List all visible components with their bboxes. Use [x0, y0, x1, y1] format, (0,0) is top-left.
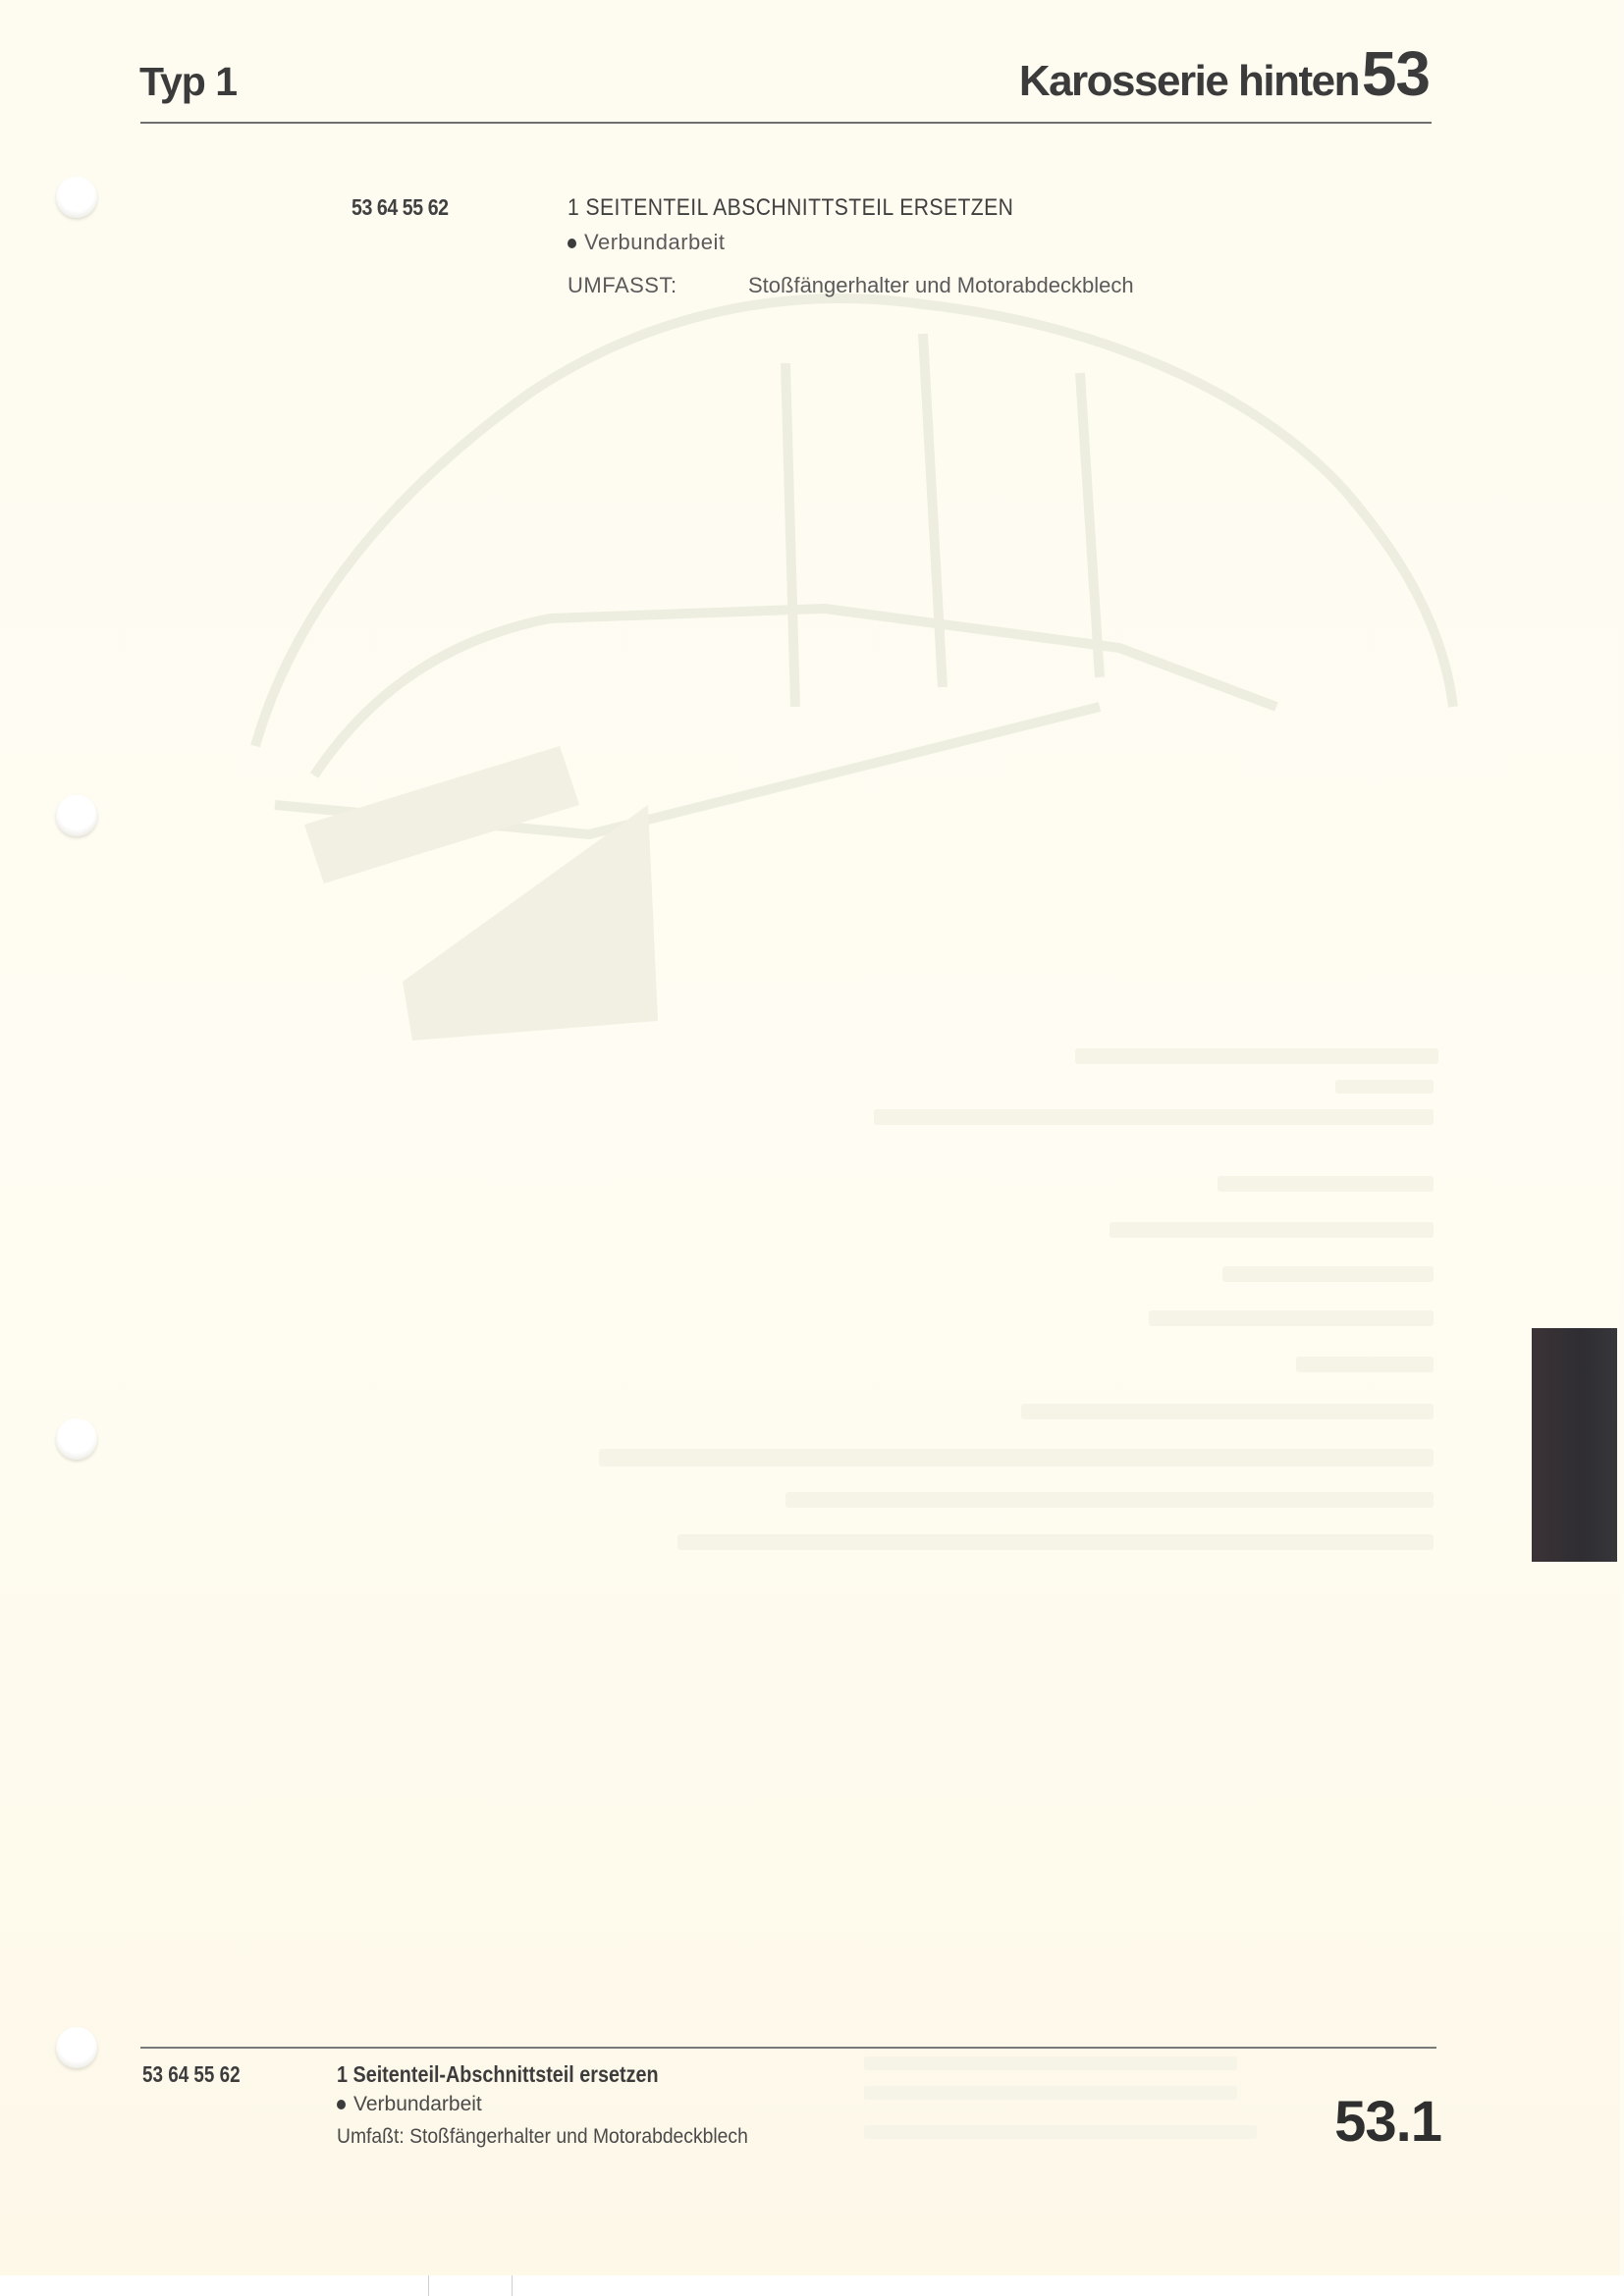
- bleed-through-text: [1110, 1222, 1434, 1238]
- footer-includes: Umfaßt: Stoßfängerhalter und Motorabdeck…: [337, 2125, 748, 2149]
- edge-mark: [428, 2275, 429, 2296]
- operation-note: Verbundarbeit: [568, 230, 726, 255]
- model-title: Typ 1: [139, 59, 237, 105]
- bleed-through-text: [1335, 1080, 1434, 1094]
- bullet-icon: [568, 239, 576, 248]
- bleed-through-text: [785, 1492, 1434, 1508]
- section-number: 53: [1362, 37, 1430, 110]
- page-bottom-margin: [0, 2275, 1624, 2296]
- operation-code: 53 64 55 62: [352, 194, 449, 221]
- punch-hole: [56, 177, 97, 218]
- bleed-through-text: [1149, 1310, 1434, 1326]
- includes-text: Stoßfängerhalter und Motorabdeckblech: [748, 273, 1134, 298]
- bleed-through-text: [1218, 1176, 1434, 1192]
- footer-operation-code: 53 64 55 62: [142, 2061, 241, 2088]
- footer-operation-note: Verbundarbeit: [337, 2093, 482, 2116]
- bleed-through-text: [677, 1534, 1434, 1550]
- footer-operation-title: 1 Seitenteil-Abschnittsteil ersetzen: [337, 2061, 659, 2088]
- bleed-through-text: [1075, 1048, 1438, 1064]
- footer: 53 64 55 62 1 Seitenteil-Abschnittsteil …: [140, 2061, 1436, 2169]
- operation-note-text: Verbundarbeit: [584, 230, 726, 254]
- header-rule: [140, 122, 1432, 124]
- page-number: 53.1: [1334, 2089, 1441, 2155]
- footer-rule: [140, 2047, 1436, 2049]
- bleed-through-text: [1222, 1266, 1434, 1282]
- edge-mark: [512, 2275, 513, 2296]
- section-tab-marker: [1532, 1328, 1617, 1562]
- bleed-through-text: [599, 1449, 1434, 1467]
- footer-operation-note-text: Verbundarbeit: [353, 2093, 482, 2115]
- bleed-through-text: [874, 1109, 1434, 1125]
- bullet-icon: [337, 2100, 346, 2109]
- bleed-through-text: [1296, 1357, 1434, 1372]
- section-title: Karosserie hinten: [1019, 57, 1359, 106]
- operation-title: 1 SEITENTEIL ABSCHNITTSTEIL ERSETZEN: [568, 194, 1013, 222]
- includes-label: UMFASST:: [568, 273, 677, 298]
- punch-hole: [56, 1418, 97, 1460]
- punch-hole: [56, 795, 97, 836]
- punch-hole: [56, 2027, 97, 2068]
- bleed-through-text: [1021, 1404, 1434, 1419]
- operation-entry: 53 64 55 62 1 SEITENTEIL ABSCHNITTSTEIL …: [352, 194, 1333, 312]
- bleed-through-illustration: [236, 196, 1483, 1041]
